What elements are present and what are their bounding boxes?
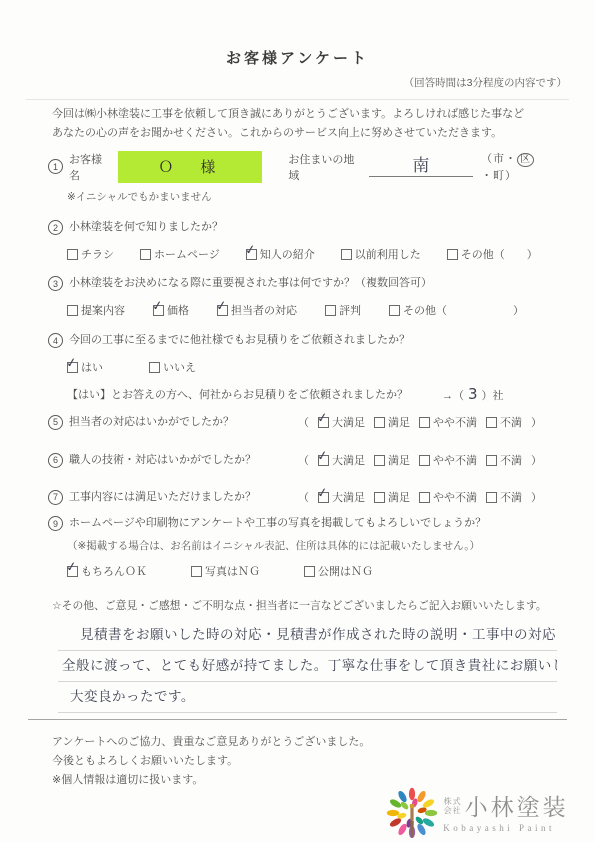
residence-area-label: お住まいの地域 <box>288 151 362 183</box>
rating-somewhat-dissatisfied: ✓やや不満 <box>419 414 477 430</box>
checkbox: ✓ <box>374 455 385 466</box>
option-flyer: ✓チラシ <box>67 246 114 262</box>
logo-brush-icon <box>386 784 438 838</box>
paren-close: ） <box>531 452 542 468</box>
checkbox: ✓ <box>318 492 329 503</box>
checkbox: ✓ <box>447 249 458 260</box>
check-mark-icon: ✓ <box>151 297 164 314</box>
rating-satisfied: ✓満足 <box>374 452 410 468</box>
checkbox: ✓ <box>304 566 315 577</box>
check-mark-icon: ✓ <box>215 297 228 314</box>
company-name-romanized: Kobayashi Paint <box>443 823 569 833</box>
question-number-badge: 4 <box>48 333 63 348</box>
check-mark-icon: ✓ <box>65 354 78 371</box>
checkbox: ✓ <box>389 305 400 316</box>
option-publication-ng: ✓公開はＮＧ <box>304 563 373 579</box>
survey-scan-page: お客様アンケート （回答時間は3分程度の内容です） 今回は㈱小林塗装に工事を依頼… <box>0 0 595 842</box>
page-title: お客様アンケート <box>0 47 595 68</box>
footer-divider <box>28 719 567 720</box>
comment-area: 見積書をお願いした時の対応・見積書が作成された時の説明・工事中の対応など 全般に… <box>58 620 557 713</box>
rating-very-satisfied: ✓大満足 <box>318 489 365 505</box>
check-mark-icon: ✓ <box>316 409 329 426</box>
option-homepage: ✓ホームページ <box>140 246 220 262</box>
residence-area-handwritten-value: 南 <box>369 156 473 177</box>
option-other: ✓その他（ ） <box>447 246 538 262</box>
checkbox: ✓ <box>191 566 202 577</box>
customer-name-highlight: Ｏ 様 <box>118 151 263 183</box>
question-text: ホームページや印刷物にアンケートや工事の写真を掲載してもよろしいでしょうか？ <box>69 516 486 530</box>
option-photos-ng: ✓写真はＮＧ <box>191 563 260 579</box>
checkbox: ✓ <box>318 417 329 428</box>
question-text: 担当者の対応はいかがでしたか？ <box>69 415 234 429</box>
question-number-badge: 5 <box>48 415 63 430</box>
checkbox: ✓ <box>67 305 78 316</box>
rating-dissatisfied: ✓不満 <box>486 489 522 505</box>
question-1-customer-name: 1 お客様名 Ｏ 様 お住まいの地域 南 （市・区・町） ※イニシャルでもかまい… <box>48 150 567 204</box>
question-number-badge: 2 <box>48 220 63 235</box>
checkbox: ✓ <box>246 249 257 260</box>
company-prefix: 株式 会社 <box>444 797 462 815</box>
question-number-badge: 3 <box>48 276 63 291</box>
checkbox: ✓ <box>140 249 151 260</box>
option-price: ✓価格 <box>153 302 189 318</box>
company-name: 小林塗装 <box>465 789 569 822</box>
handwritten-comment-line-2: 全般に渡って、とても好感が持てました。丁寧な仕事をして頂き貴社にお願いして <box>58 651 557 682</box>
rating-satisfied: ✓満足 <box>374 414 410 430</box>
publication-note: （※掲載する場合は、お名前はイニシャル表記、住所は具体的には記載いたしません。） <box>67 538 567 553</box>
option-referral: ✓知人の紹介 <box>246 246 315 262</box>
rating-very-satisfied: ✓大満足 <box>318 452 365 468</box>
checkbox: ✓ <box>67 566 78 577</box>
question-number-badge: 7 <box>48 490 63 505</box>
checkbox: ✓ <box>486 492 497 503</box>
area-suffix: （市・区・町） <box>481 150 567 183</box>
intro-paragraph: 今回は㈱小林塗装に工事を依頼して頂き誠にありがとうございます。よろしければ感じた… <box>52 105 559 143</box>
question-7-work-satisfaction: 7 工事内容には満足いただけましたか？ （ ✓大満足 ✓満足 ✓やや不満 ✓不満… <box>48 489 567 505</box>
question-text: 工事内容には満足いただけましたか？ <box>69 490 256 504</box>
question-text: 小林塗装をお決めになる際に重要視された事は何ですか？（複数回答可） <box>69 276 432 290</box>
header-divider <box>26 99 569 100</box>
check-mark-icon: ✓ <box>316 447 329 464</box>
rating-satisfied: ✓満足 <box>374 489 410 505</box>
paren-close: ） <box>531 489 542 505</box>
option-no: ✓いいえ <box>149 359 196 375</box>
checkbox: ✓ <box>419 417 430 428</box>
footer-line-1: アンケートへのご協力、貴重なご意見ありがとうございました。 <box>52 733 559 752</box>
option-reputation: ✓評判 <box>325 302 361 318</box>
checkbox: ✓ <box>419 455 430 466</box>
checkbox: ✓ <box>486 417 497 428</box>
rating-dissatisfied: ✓不満 <box>486 414 522 430</box>
paren-open: （ <box>298 452 309 468</box>
checkbox: ✓ <box>325 305 336 316</box>
question-3-deciding-factors: 3 小林塗装をお決めになる際に重要視された事は何ですか？（複数回答可） ✓提案内… <box>48 276 567 318</box>
question-9-publication-consent: 9 ホームページや印刷物にアンケートや工事の写真を掲載してもよろしいでしょうか？… <box>48 516 567 579</box>
option-of-course-ok: ✓もちろんＯＫ <box>67 563 147 579</box>
question-6-craftsman-rating: 6 職人の技術・対応はいかがでしたか？ （ ✓大満足 ✓満足 ✓やや不満 ✓不満… <box>48 452 567 468</box>
circled-ward-mark: 区 <box>517 153 534 167</box>
option-staff-response: ✓担当者の対応 <box>217 302 297 318</box>
question-number-badge: 6 <box>48 453 63 468</box>
initial-ok-note: ※イニシャルでもかまいません <box>67 189 567 204</box>
paren-open: （ <box>298 414 309 430</box>
option-other: ✓その他（ ） <box>389 302 524 318</box>
option-proposal: ✓提案内容 <box>67 302 125 318</box>
check-mark-icon: ✓ <box>316 484 329 501</box>
checkbox: ✓ <box>153 305 164 316</box>
question-4-other-estimates: 4 今回の工事に至るまでに他社様でもお見積りをご依頼されましたか？ ✓はい ✓い… <box>48 333 567 403</box>
option-yes: ✓はい <box>67 359 103 375</box>
company-count-handwritten-value: 3 <box>464 385 482 403</box>
checkbox: ✓ <box>486 455 497 466</box>
question-text: 小林塗装を何で知りましたか？ <box>69 220 223 234</box>
checkbox: ✓ <box>341 249 352 260</box>
rating-very-satisfied: ✓大満足 <box>318 414 365 430</box>
question-text: 職人の技術・対応はいかがでしたか？ <box>69 453 256 467</box>
checkbox: ✓ <box>217 305 228 316</box>
question-2-how-did-you-learn: 2 小林塗装を何で知りましたか？ ✓チラシ ✓ホームページ ✓知人の紹介 ✓以前… <box>48 220 567 262</box>
rating-somewhat-dissatisfied: ✓やや不満 <box>419 452 477 468</box>
response-time-note: （回答時間は3分程度の内容です） <box>404 75 567 90</box>
rating-dissatisfied: ✓不満 <box>486 452 522 468</box>
question-5-staff-rating: 5 担当者の対応はいかがでしたか？ （ ✓大満足 ✓満足 ✓やや不満 ✓不満 ） <box>48 414 567 430</box>
checkbox: ✓ <box>67 362 78 373</box>
comment-prompt: ☆その他、ご意見・ご感想・ご不明な点・担当者に一言などございましたらご記入お願い… <box>52 598 565 613</box>
handwritten-comment-line-3: 大変良かったです。 <box>58 682 557 713</box>
checkbox: ✓ <box>374 417 385 428</box>
paren-open: （ <box>298 489 309 505</box>
paren-close: ） <box>531 414 542 430</box>
handwritten-comment-line-1: 見積書をお願いした時の対応・見積書が作成された時の説明・工事中の対応など <box>58 620 557 651</box>
question-number-badge: 9 <box>48 516 63 531</box>
intro-line-1: 今回は㈱小林塗装に工事を依頼して頂き誠にありがとうございます。よろしければ感じた… <box>52 105 559 124</box>
checkbox: ✓ <box>419 492 430 503</box>
checkbox: ✓ <box>318 455 329 466</box>
footer-line-2: 今後ともよろしくお願いいたします。 <box>52 752 559 771</box>
intro-line-2: あなたの心の声をお聞かせください。これからのサービス向上に努めさせていただきます… <box>52 124 559 143</box>
company-logo: 株式 会社 小林塗装 Kobayashi Paint <box>386 784 569 838</box>
check-mark-icon: ✓ <box>65 558 78 575</box>
checkbox: ✓ <box>374 492 385 503</box>
check-mark-icon: ✓ <box>244 241 257 258</box>
checkbox: ✓ <box>67 249 78 260</box>
customer-name-label: お客様名 <box>69 151 112 183</box>
followup-question: 【はい】とお答えの方へ、何社からお見積りをご依頼されましたか？ <box>67 386 408 402</box>
rating-somewhat-dissatisfied: ✓やや不満 <box>419 489 477 505</box>
checkbox: ✓ <box>149 362 160 373</box>
footer-thanks: アンケートへのご協力、貴重なご意見ありがとうございました。 今後ともよろしくお願… <box>52 733 559 790</box>
question-number-badge: 1 <box>48 159 63 174</box>
company-count-answer: →（3）社 <box>442 385 504 403</box>
option-used-before: ✓以前利用した <box>341 246 421 262</box>
question-text: 今回の工事に至るまでに他社様でもお見積りをご依頼されましたか？ <box>69 333 410 347</box>
